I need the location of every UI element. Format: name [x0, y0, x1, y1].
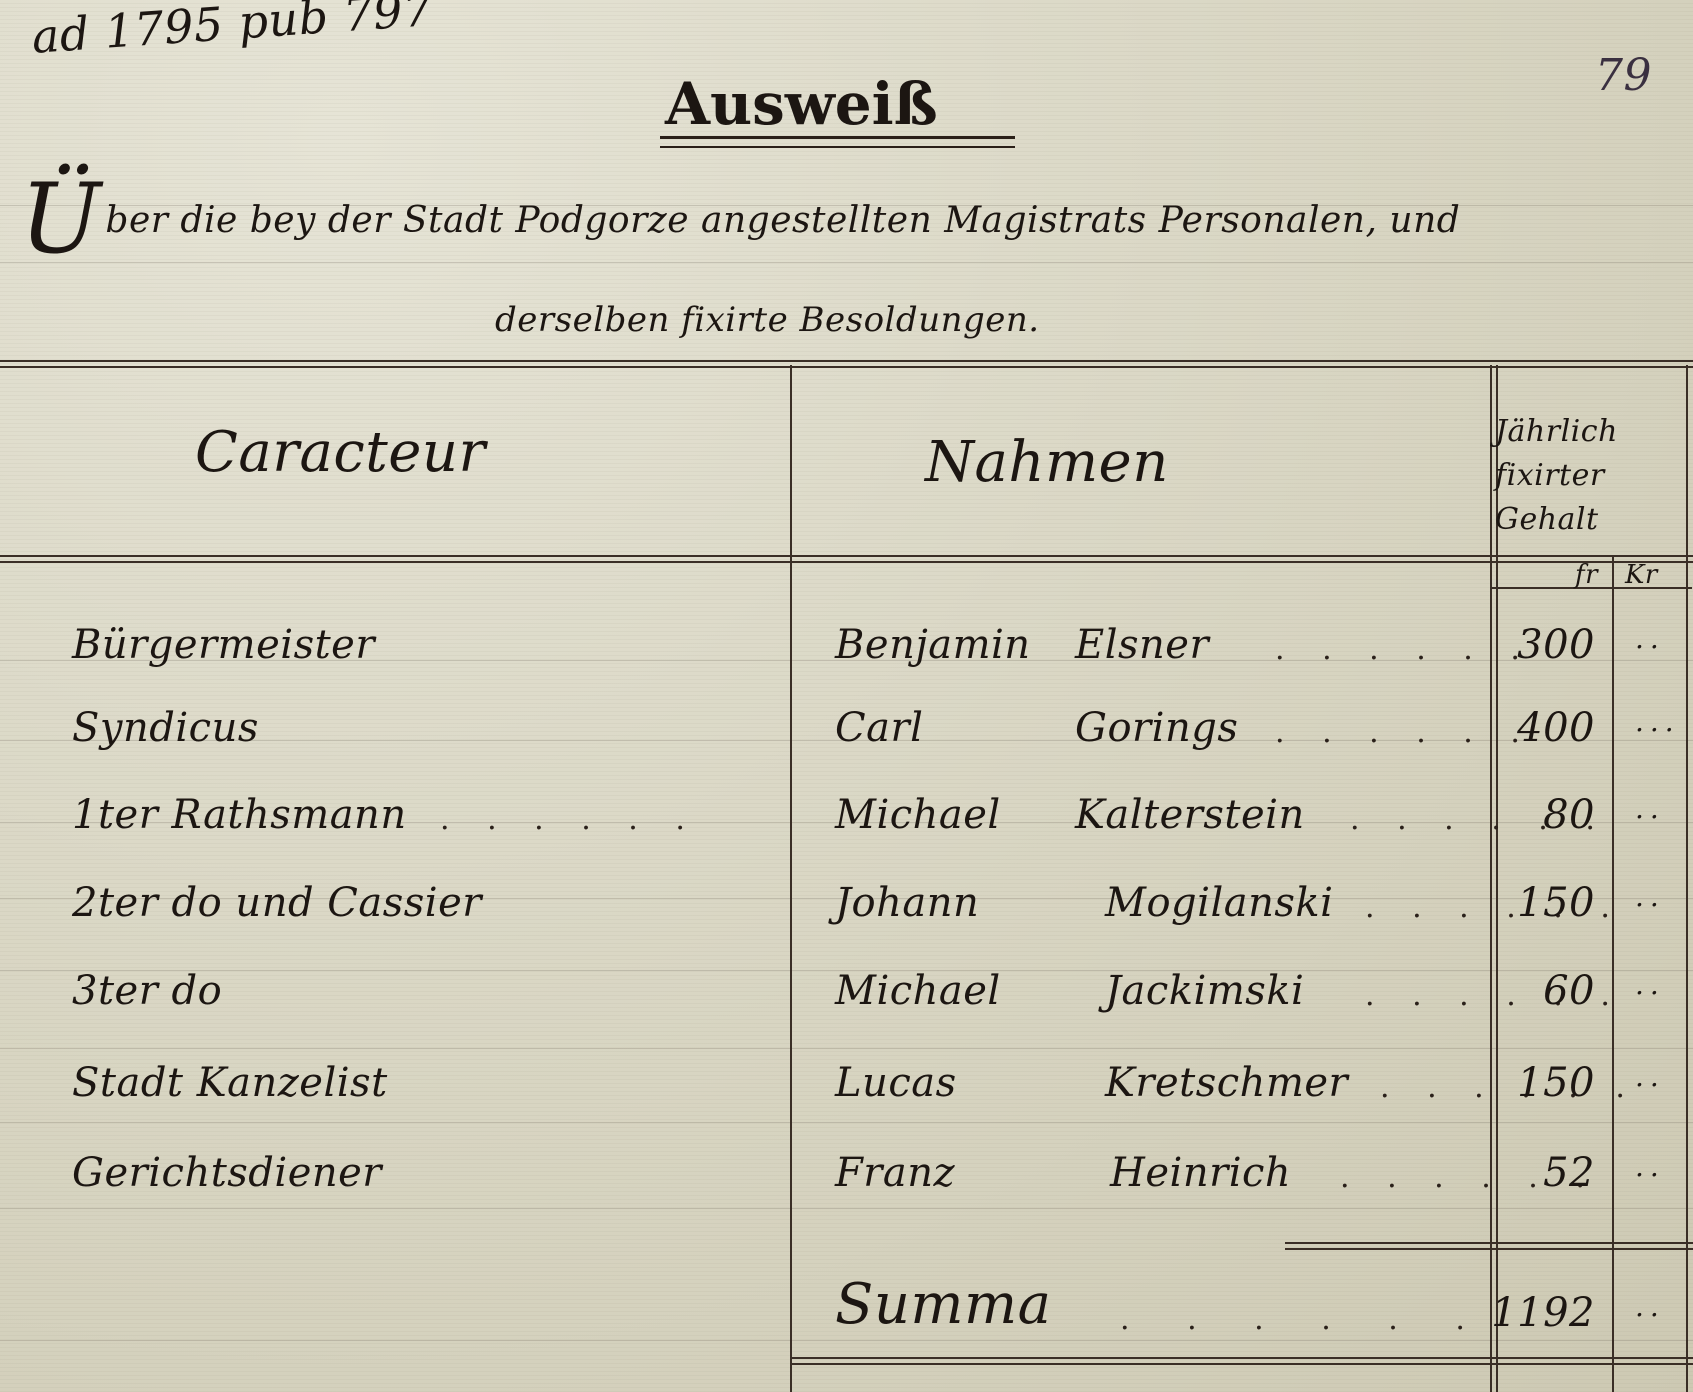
table-row: Stadt Kanzelist Lucas Kretschmer . . . .… [0, 1060, 1693, 1120]
subtitle-line-2: derselben fixirte Besoldungen. [495, 300, 1040, 340]
page-title: Ausweiß [665, 70, 938, 138]
kreuzer-cell: .. [1635, 792, 1665, 825]
leader-dots: . . . . . . [1275, 715, 1534, 750]
table-row: 3ter do Michael Jackimski . . . . . . 60… [0, 968, 1693, 1028]
last-name-cell: Kretschmer [1105, 1060, 1348, 1106]
header-bottom-rule [0, 555, 1693, 563]
gulden-cell: 150 [1517, 1060, 1595, 1106]
table-row: 2ter do und Cassier Johann Mogilanski . … [0, 880, 1693, 940]
salary-header-line-2: fixirter [1495, 454, 1685, 498]
kreuzer-cell: .. [1635, 1150, 1665, 1183]
caracteur-cell: Syndicus [72, 705, 259, 751]
caracteur-cell: 3ter do [72, 968, 222, 1014]
caracteur-cell: 2ter do und Cassier [72, 880, 482, 926]
gulden-cell: 52 [1543, 1150, 1595, 1196]
total-row: Summa . . . . . . 1192 .. [0, 1290, 1693, 1350]
first-name-cell: Carl [835, 705, 923, 751]
column-header-salary: Jährlich fixirter Gehalt [1495, 410, 1685, 542]
unit-gulden: fr [1575, 560, 1598, 590]
summa-label: Summa [835, 1272, 1052, 1337]
last-name-cell: Elsner [1075, 622, 1209, 668]
total-kreuzer-cell: .. [1635, 1290, 1665, 1323]
first-name-cell: Benjamin [835, 622, 1031, 668]
column-header-nahmen: Nahmen [925, 430, 1169, 495]
gulden-cell: 300 [1517, 622, 1595, 668]
table-row: Syndicus Carl Gorings . . . . . . 400 ..… [0, 705, 1693, 765]
salary-header-line-1: Jährlich [1495, 410, 1685, 454]
leader-dots: . . . . . . [440, 802, 699, 837]
table-row: 1ter Rathsmann . . . . . . Michael Kalte… [0, 792, 1693, 852]
caracteur-cell: Stadt Kanzelist [72, 1060, 388, 1106]
gulden-cell: 60 [1543, 968, 1595, 1014]
table-row: Gerichtsdiener Franz Heinrich . . . . . … [0, 1150, 1693, 1210]
first-name-cell: Michael [835, 792, 1001, 838]
page-number: 79 [1595, 50, 1652, 101]
first-name-cell: Lucas [835, 1060, 957, 1106]
leader-dots: . . . . . . [1275, 632, 1534, 667]
reference-note: ad 1795 pub 797 [30, 0, 434, 64]
gulden-cell: 150 [1517, 880, 1595, 926]
table-row: Bürgermeister Benjamin Elsner . . . . . … [0, 622, 1693, 682]
leader-dots: . . . . . . [1120, 1302, 1489, 1337]
last-name-cell: Jackimski [1105, 968, 1304, 1014]
leader-dots: . . . . . . [1380, 1070, 1639, 1105]
table-top-rule [0, 360, 1693, 368]
right-edge-rule [1686, 365, 1688, 1392]
kreuzer-cell: ... [1635, 705, 1680, 738]
column-header-caracteur: Caracteur [195, 420, 486, 485]
subtitle-line-1: Über die bey der Stadt Podgorze angestel… [20, 200, 1460, 241]
caracteur-cell: Gerichtsdiener [72, 1150, 382, 1196]
caracteur-cell: 1ter Rathsmann [72, 792, 407, 838]
last-name-cell: Gorings [1075, 705, 1238, 751]
summa-bottom-rule [790, 1357, 1693, 1365]
gulden-cell: 400 [1517, 705, 1595, 751]
kreuzer-cell: .. [1635, 880, 1665, 913]
first-name-cell: Johann [835, 880, 979, 926]
last-name-cell: Kalterstein [1075, 792, 1305, 838]
total-gulden-cell: 1192 [1491, 1290, 1595, 1336]
kreuzer-cell: .. [1635, 1060, 1665, 1093]
kreuzer-cell: .. [1635, 968, 1665, 1001]
salary-header-line-3: Gehalt [1495, 498, 1685, 542]
title-underline [660, 136, 1015, 148]
last-name-cell: Heinrich [1110, 1150, 1291, 1196]
first-name-cell: Michael [835, 968, 1001, 1014]
first-name-cell: Franz [835, 1150, 955, 1196]
subtotal-rule [1285, 1242, 1693, 1250]
subtitle-line-1-text: ber die bey der Stadt Podgorze angestell… [105, 200, 1460, 241]
subtitle-initial: Ü [20, 163, 101, 275]
unit-kreuzer: Kr [1625, 560, 1658, 590]
kreuzer-cell: .. [1635, 622, 1665, 655]
gulden-cell: 80 [1543, 792, 1595, 838]
divider-caracteur-nahmen [790, 365, 792, 1392]
caracteur-cell: Bürgermeister [72, 622, 375, 668]
last-name-cell: Mogilanski [1105, 880, 1333, 926]
